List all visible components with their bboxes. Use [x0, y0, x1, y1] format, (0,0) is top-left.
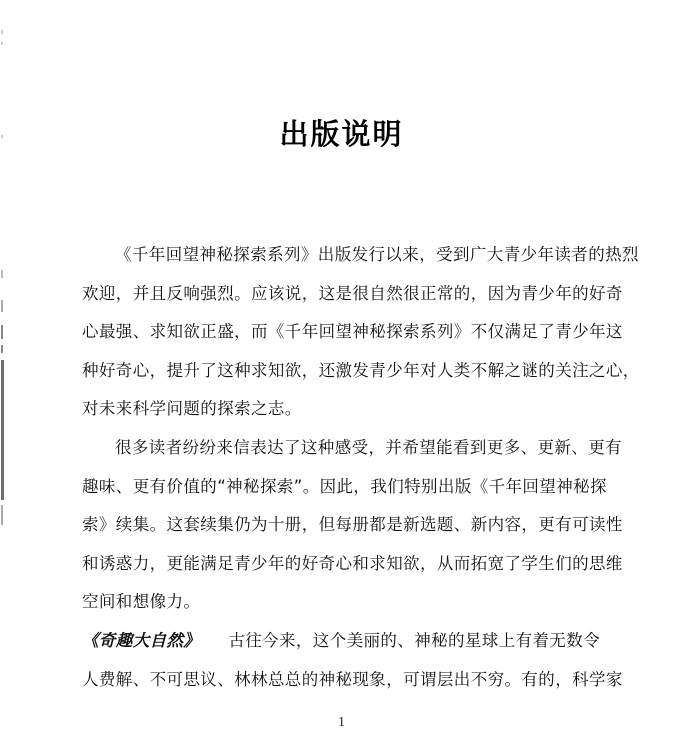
text-line: 空间和想像力。	[82, 583, 608, 622]
book-title-heading: 《奇趣大自然》	[82, 631, 200, 650]
text-run: 古往今来，这个美丽的、神秘的星球上有着无数令	[228, 631, 600, 650]
paragraph-2: 很多读者纷纷来信表达了这种感受，并希望能看到更多、更新、更有 趣味、更有价值的“…	[82, 429, 608, 622]
text-line: 种好奇心，提升了这种求知欲，还激发青少年对人类不解之谜的关注之心，	[82, 352, 608, 391]
text-line: 心最强、求知欲正盛，而《千年回望神秘探索系列》不仅满足了青少年这	[82, 313, 608, 352]
page-number: 1	[0, 715, 683, 731]
paragraph-3: 《奇趣大自然》古往今来，这个美丽的、神秘的星球上有着无数令 人费解、不可思议、林…	[82, 622, 608, 699]
text-line: 人费解、不可思议、林林总总的神秘现象，可谓层出不穷。有的，科学家	[82, 661, 608, 700]
text-line: 《千年回望神秘探索系列》出版发行以来，受到广大青少年读者的热烈	[82, 236, 608, 275]
text-line: 欢迎，并且反响强烈。应该说，这是很自然很正常的，因为青少年的好奇	[82, 275, 608, 314]
document-body: 《千年回望神秘探索系列》出版发行以来，受到广大青少年读者的热烈 欢迎，并且反响强…	[82, 236, 608, 699]
text-line: 很多读者纷纷来信表达了这种感受，并希望能看到更多、更新、更有	[82, 429, 608, 468]
text-line: 和诱惑力，更能满足青少年的好奇心和求知欲，从而拓宽了学生们的思维	[82, 545, 608, 584]
text-line: 索》续集。这套续集仍为十册，但每册都是新选题、新内容，更有可读性	[82, 506, 608, 545]
text-line: 对未来科学问题的探索之志。	[82, 390, 608, 429]
page-title: 出版说明	[0, 112, 683, 153]
text-line: 《奇趣大自然》古往今来，这个美丽的、神秘的星球上有着无数令	[82, 622, 608, 661]
paragraph-1: 《千年回望神秘探索系列》出版发行以来，受到广大青少年读者的热烈 欢迎，并且反响强…	[82, 236, 608, 429]
text-line: 趣味、更有价值的“神秘探索”。因此，我们特别出版《千年回望神秘探	[82, 468, 608, 507]
